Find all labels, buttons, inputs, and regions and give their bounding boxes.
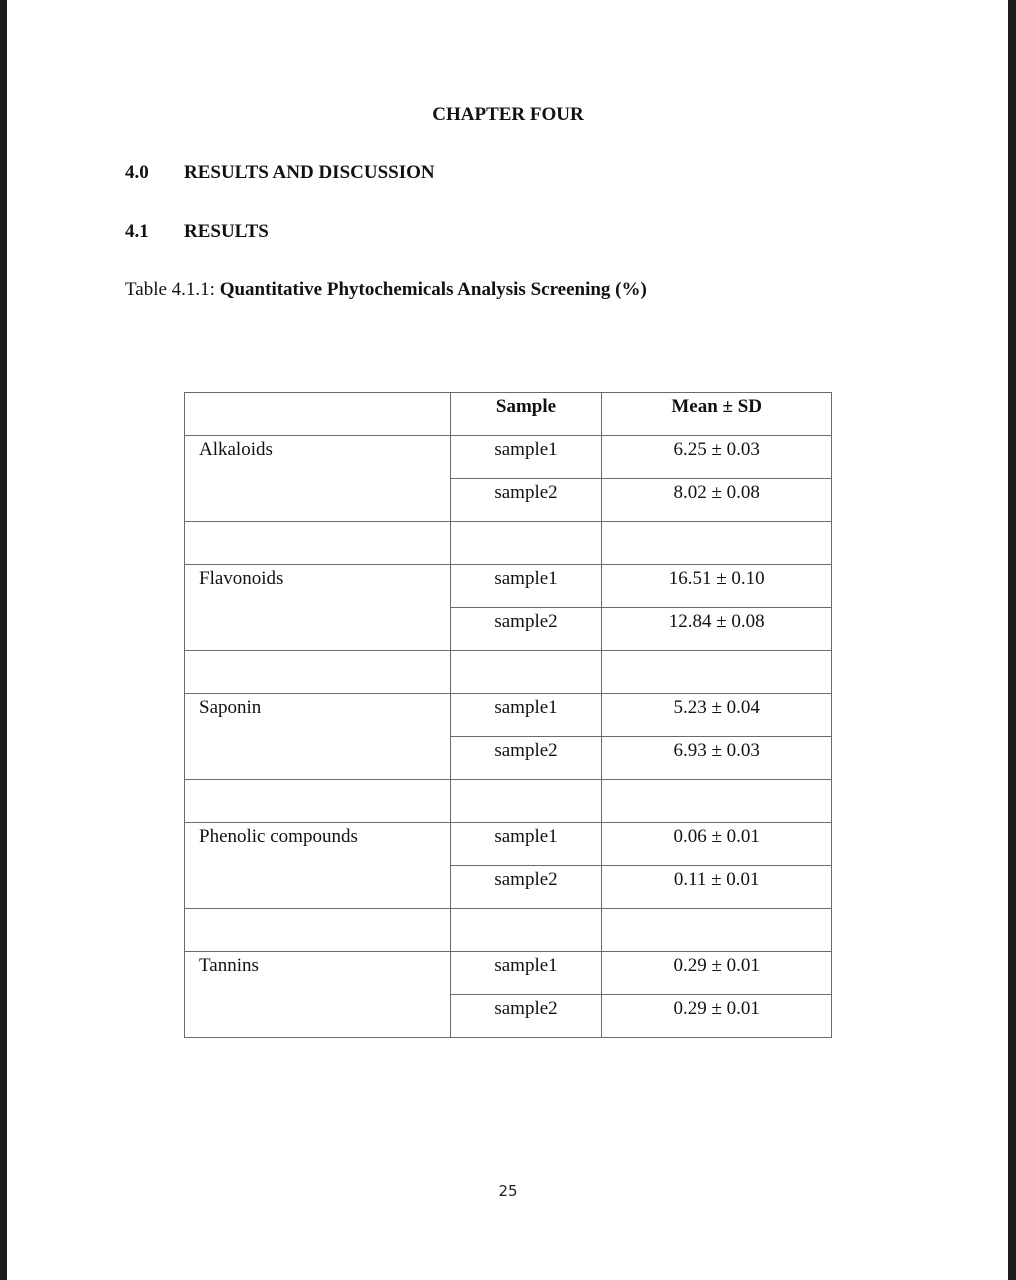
empty-cell bbox=[602, 909, 832, 952]
sample-cell: sample2 bbox=[450, 995, 602, 1038]
empty-cell bbox=[185, 909, 451, 952]
section-heading-4-0: 4.0RESULTS AND DISCUSSION bbox=[125, 162, 435, 184]
header-compound bbox=[185, 393, 451, 436]
mean-sd-cell: 12.84 ± 0.08 bbox=[602, 608, 832, 651]
page-number: 25 bbox=[0, 1182, 1016, 1200]
mean-sd-cell: 8.02 ± 0.08 bbox=[602, 479, 832, 522]
sample-cell: sample1 bbox=[450, 436, 602, 479]
empty-cell bbox=[185, 522, 451, 565]
table-body: Alkaloidssample16.25 ± 0.03sample28.02 ±… bbox=[185, 436, 832, 1038]
sample-cell: sample1 bbox=[450, 565, 602, 608]
table-row: Phenolic compoundssample10.06 ± 0.01 bbox=[185, 823, 832, 866]
sample-cell: sample1 bbox=[450, 952, 602, 995]
mean-sd-cell: 6.93 ± 0.03 bbox=[602, 737, 832, 780]
header-sample: Sample bbox=[450, 393, 602, 436]
sample-cell: sample1 bbox=[450, 694, 602, 737]
table-header-row: Sample Mean ± SD bbox=[185, 393, 832, 436]
table-row: Alkaloidssample16.25 ± 0.03 bbox=[185, 436, 832, 479]
mean-sd-cell: 0.06 ± 0.01 bbox=[602, 823, 832, 866]
table-caption-title: Quantitative Phytochemicals Analysis Scr… bbox=[220, 279, 647, 300]
mean-sd-cell: 5.23 ± 0.04 bbox=[602, 694, 832, 737]
empty-cell bbox=[185, 651, 451, 694]
mean-sd-cell: 6.25 ± 0.03 bbox=[602, 436, 832, 479]
table-row: Flavonoidssample116.51 ± 0.10 bbox=[185, 565, 832, 608]
table-row: Saponinsample15.23 ± 0.04 bbox=[185, 694, 832, 737]
sample-cell: sample2 bbox=[450, 479, 602, 522]
empty-cell bbox=[450, 522, 602, 565]
table-row: Tanninssample10.29 ± 0.01 bbox=[185, 952, 832, 995]
compound-name: Flavonoids bbox=[185, 565, 451, 651]
section-title: RESULTS AND DISCUSSION bbox=[184, 162, 435, 183]
section-title: RESULTS bbox=[184, 221, 269, 242]
section-number: 4.1 bbox=[125, 221, 184, 243]
header-mean-sd: Mean ± SD bbox=[602, 393, 832, 436]
empty-cell bbox=[602, 651, 832, 694]
sample-cell: sample2 bbox=[450, 866, 602, 909]
compound-name: Saponin bbox=[185, 694, 451, 780]
sample-cell: sample1 bbox=[450, 823, 602, 866]
empty-cell bbox=[450, 651, 602, 694]
empty-cell bbox=[185, 780, 451, 823]
mean-sd-cell: 16.51 ± 0.10 bbox=[602, 565, 832, 608]
compound-name: Phenolic compounds bbox=[185, 823, 451, 909]
mean-sd-cell: 0.29 ± 0.01 bbox=[602, 995, 832, 1038]
empty-cell bbox=[602, 780, 832, 823]
compound-name: Tannins bbox=[185, 952, 451, 1038]
sample-cell: sample2 bbox=[450, 737, 602, 780]
spacer-row bbox=[185, 909, 832, 952]
empty-cell bbox=[450, 780, 602, 823]
spacer-row bbox=[185, 522, 832, 565]
empty-cell bbox=[450, 909, 602, 952]
spacer-row bbox=[185, 651, 832, 694]
empty-cell bbox=[602, 522, 832, 565]
table-caption: Table 4.1.1: Quantitative Phytochemicals… bbox=[125, 279, 647, 301]
chapter-title: CHAPTER FOUR bbox=[0, 104, 1016, 126]
section-heading-4-1: 4.1RESULTS bbox=[125, 221, 269, 243]
section-number: 4.0 bbox=[125, 162, 184, 184]
phytochemicals-table: Sample Mean ± SD Alkaloidssample16.25 ± … bbox=[184, 392, 832, 1038]
compound-name: Alkaloids bbox=[185, 436, 451, 522]
mean-sd-cell: 0.29 ± 0.01 bbox=[602, 952, 832, 995]
sample-cell: sample2 bbox=[450, 608, 602, 651]
table-caption-label: Table 4.1.1: bbox=[125, 279, 220, 300]
mean-sd-cell: 0.11 ± 0.01 bbox=[602, 866, 832, 909]
spacer-row bbox=[185, 780, 832, 823]
